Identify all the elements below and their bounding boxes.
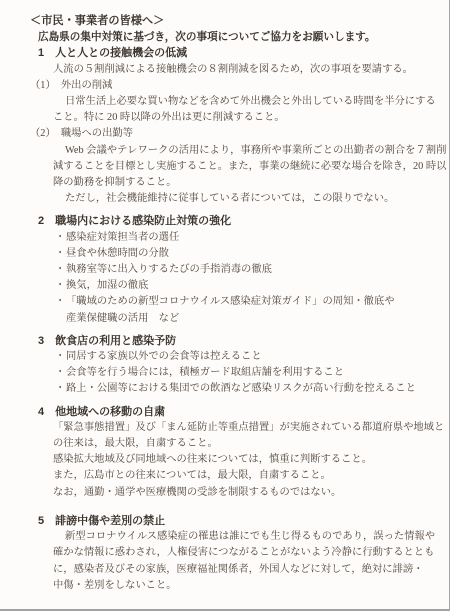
section: 5 誹謗中傷や差別の禁止新型コロナウイルス感染症の罹患は誰にでも生じ得るものであ… bbox=[0, 513, 449, 594]
bullet-item: ・昼食や休憩時間の分散 bbox=[55, 246, 449, 262]
bullet-item: ・執務室等に出入りするたびの手指消毒の徹底 bbox=[55, 262, 449, 278]
paragraph-line: 執務室等に出入りするたびの手指消毒の徹底 bbox=[66, 262, 272, 278]
paragraph-line: 会食等を行う場合には，積極ガード取組店舗を利用すること bbox=[66, 365, 344, 381]
paragraph-line: の往来は，最大限，自粛すること。 bbox=[53, 436, 449, 452]
paragraph: 日常生活上必要な買い物などを含めて外出機会と外出している時間を半分にすること。特… bbox=[53, 94, 449, 126]
bullet-item: ・路上・公園等における集団での飲酒など感染リスクが高い行動を控えること bbox=[55, 381, 449, 397]
paragraph-line: Web 会議やテレワークの活用により，事務所や事業所ごとの出勤者の割合を７割削 bbox=[53, 143, 449, 159]
paragraph-line: 感染症対策担当者の選任 bbox=[66, 230, 179, 246]
section: 4 他地域への移動の自粛「緊急事態措置」及び「まん延防止等重点措置」が実施されて… bbox=[0, 404, 449, 501]
section-heading: 4 他地域への移動の自粛 bbox=[38, 404, 449, 420]
section-heading: 5 誹謗中傷や差別の禁止 bbox=[38, 513, 449, 529]
bullet-marker-icon: ・ bbox=[55, 294, 66, 310]
document-sections: 1 人と人との接触機会の低減人流の５割削減による接触機会の８割削減を図るため，次… bbox=[0, 45, 449, 594]
paragraph-line: 同居する家族以外での会食等は控えること bbox=[66, 349, 262, 365]
bullet-text: 路上・公園等における集団での飲酒など感染リスクが高い行動を控えること bbox=[66, 381, 416, 397]
bullet-marker-icon: ・ bbox=[55, 381, 66, 397]
section: 3 飲食店の利用と感染予防・同居する家族以外での会食等は控えること・会食等を行う… bbox=[0, 333, 449, 398]
paragraph-line: 確かな情報に惑わされ，人権侵害につながることがないよう冷静に行動するととも bbox=[53, 545, 449, 561]
paragraph-line: 日常生活上必要な買い物などを含めて外出機会と外出している時間を半分にする bbox=[53, 94, 449, 110]
paragraph: 感染拡大地域及び同地域への往来については，慎重に判断すること。 bbox=[53, 452, 449, 468]
bullet-text: 昼食や休憩時間の分散 bbox=[66, 246, 169, 262]
bullet-item: ・「職域のための新型コロナウイルス感染症対策ガイド」の周知・徹底や産業保健職の活… bbox=[55, 294, 449, 326]
paragraph: 新型コロナウイルス感染症の罹患は誰にでも生じ得るものであり，誤った情報や確かな情… bbox=[53, 529, 449, 594]
paragraph-line: に，感染者及びその家族，医療福祉関係者，外国人などに対して，絶対に誹謗・ bbox=[53, 562, 449, 578]
document-header-title: ＜市民・事業者の皆様へ＞ bbox=[30, 13, 449, 29]
bullet-text: 同居する家族以外での会食等は控えること bbox=[66, 349, 262, 365]
paragraph-line: 昼食や休憩時間の分散 bbox=[66, 246, 169, 262]
paragraph-line: また，広島市との往来については，最大限，自粛すること。 bbox=[53, 468, 449, 484]
paragraph-line: 新型コロナウイルス感染症の罹患は誰にでも生じ得るものであり，誤った情報や bbox=[53, 529, 449, 545]
bullet-marker-icon: ・ bbox=[55, 349, 66, 365]
paragraph-line: 減することを目標とし実施すること。また，事業の継続に必要な場合を除き，20 時以 bbox=[53, 159, 449, 175]
paragraph-line: 路上・公園等における集団での飲酒など感染リスクが高い行動を控えること bbox=[66, 381, 416, 397]
bullet-item: ・感染症対策担当者の選任 bbox=[55, 230, 449, 246]
paragraph-line: 「緊急事態措置」及び「まん延防止等重点措置」が実施されている都道府県や地域と bbox=[53, 420, 449, 436]
paragraph: 「緊急事態措置」及び「まん延防止等重点措置」が実施されている都道府県や地域との往… bbox=[53, 420, 449, 452]
paragraph: 人流の５割削減による接触機会の８割削減を図るため，次の事項を要請する。 bbox=[53, 62, 449, 78]
paragraph: なお，通勤・通学や医療機関の受診を制限するものではない。 bbox=[53, 485, 449, 501]
bullet-marker-icon: ・ bbox=[55, 262, 66, 278]
bullet-marker-icon: ・ bbox=[55, 278, 66, 294]
bullet-marker-icon: ・ bbox=[55, 230, 66, 246]
subsection-heading: （2） 職場への出勤等 bbox=[30, 126, 449, 142]
section-heading: 1 人と人との接触機会の低減 bbox=[38, 45, 449, 61]
paragraph-line: 産業保健職の活用 など bbox=[66, 311, 395, 327]
paragraph-line: 「職域のための新型コロナウイルス感染症対策ガイド」の周知・徹底や bbox=[66, 294, 395, 310]
paragraph-line: 中傷・差別をしないこと。 bbox=[53, 578, 449, 594]
document-header-intro: 広島県の集中対策に基づき，次の事項についてご協力をお願いします。 bbox=[38, 29, 449, 45]
bullet-text: 換気，加湿の徹底 bbox=[66, 278, 148, 294]
section: 2 職場内における感染防止対策の強化・感染症対策担当者の選任・昼食や休憩時間の分… bbox=[0, 213, 449, 326]
bullet-text: 執務室等に出入りするたびの手指消毒の徹底 bbox=[66, 262, 272, 278]
paragraph-line: 降の勤務を抑制すること。 bbox=[53, 175, 449, 191]
section-heading: 2 職場内における感染防止対策の強化 bbox=[38, 213, 449, 229]
paragraph-line: ただし，社会機能維持に従事している者については，この限りでない。 bbox=[53, 191, 449, 207]
paragraph: また，広島市との往来については，最大限，自粛すること。 bbox=[53, 468, 449, 484]
document-page: ＜市民・事業者の皆様へ＞ 広島県の集中対策に基づき，次の事項についてご協力をお願… bbox=[0, 0, 450, 611]
subsection-heading: （1） 外出の削減 bbox=[30, 78, 449, 94]
bullet-text: 「職域のための新型コロナウイルス感染症対策ガイド」の周知・徹底や産業保健職の活用… bbox=[66, 294, 395, 326]
bullet-marker-icon: ・ bbox=[55, 246, 66, 262]
paragraph-line: 換気，加湿の徹底 bbox=[66, 278, 148, 294]
bullet-text: 感染症対策担当者の選任 bbox=[66, 230, 179, 246]
section: 1 人と人との接触機会の低減人流の５割削減による接触機会の８割削減を図るため，次… bbox=[0, 45, 449, 207]
paragraph-line: 人流の５割削減による接触機会の８割削減を図るため，次の事項を要請する。 bbox=[53, 62, 449, 78]
paragraph: ただし，社会機能維持に従事している者については，この限りでない。 bbox=[53, 191, 449, 207]
bullet-item: ・換気，加湿の徹底 bbox=[55, 278, 449, 294]
bullet-item: ・同居する家族以外での会食等は控えること bbox=[55, 349, 449, 365]
bullet-item: ・会食等を行う場合には，積極ガード取組店舗を利用すること bbox=[55, 365, 449, 381]
paragraph-line: こと。特に 20 時以降の外出は更に削減すること。 bbox=[53, 110, 449, 126]
bullet-text: 会食等を行う場合には，積極ガード取組店舗を利用すること bbox=[66, 365, 344, 381]
paragraph-line: 感染拡大地域及び同地域への往来については，慎重に判断すること。 bbox=[53, 452, 449, 468]
paragraph-line: なお，通勤・通学や医療機関の受診を制限するものではない。 bbox=[53, 485, 449, 501]
section-heading: 3 飲食店の利用と感染予防 bbox=[38, 333, 449, 349]
paragraph: Web 会議やテレワークの活用により，事務所や事業所ごとの出勤者の割合を７割削減… bbox=[53, 143, 449, 192]
bullet-marker-icon: ・ bbox=[55, 365, 66, 381]
